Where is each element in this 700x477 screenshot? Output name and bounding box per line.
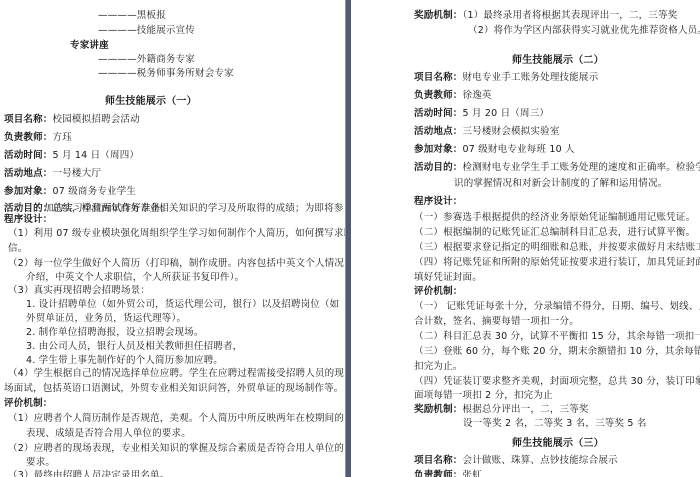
field-label: 活动时间： — [414, 108, 463, 119]
list-item: ————税务师事务所财会专家 — [98, 68, 234, 80]
field-row: 项目名称：财电专业手工账务处理技能展示 — [414, 72, 598, 84]
procedure-heading: 程序设计： — [414, 196, 463, 208]
document-page-left: ————黑板报 ————技能展示宣传 专家讲座 ————外籍商务专家 ————税… — [0, 0, 345, 477]
field-row: 参加对象：07 级财电专业每班 10 人 — [414, 144, 575, 156]
field-value: 校园模拟招聘会活动 — [53, 114, 140, 125]
procedure-line: 4. 学生带上事先制作好的个人简历参加应聘。 — [26, 355, 223, 367]
field-label: 项目名称： — [414, 455, 463, 466]
section-title: 师生技能展示（一） — [105, 96, 197, 108]
evaluation-heading: 评价机制： — [4, 398, 53, 410]
reward-label: 奖励机制： — [414, 404, 463, 415]
document-page-right: 奖励机制：（1）最终录用者将根据其表现评出一，二，三等奖 （2）将作为学区内部获… — [351, 0, 700, 477]
procedure-line: （3）真实再现招聘会招聘场景： — [8, 285, 150, 297]
field-row: 负责教师：徐逸英 — [414, 90, 492, 102]
evaluation-line: （1）应聘者个人简历制作是否规范，美观。个人简历中所反映两年在校期间的 — [8, 413, 344, 425]
list-item: ————技能展示宣传 — [98, 25, 195, 37]
procedure-line: 信。 — [8, 243, 27, 255]
field-label: 负责教师： — [414, 470, 463, 477]
procedure-line: （1）利用 07 级专业模块强化周组织学生学习如何制作个人简历，如何撰写求职 — [8, 228, 345, 240]
evaluation-heading: 评价机制： — [414, 286, 463, 298]
evaluation-line: （2）应聘者的现场表现，专业相关知识的掌握及综合素质是否符合用人单位的 — [8, 443, 344, 455]
reward-line: （2）将作为学区内部获得实习就业优先推荐资格人员。 — [468, 25, 700, 37]
list-item: ————外籍商务专家 — [98, 54, 195, 66]
field-value: 三号楼财会模拟实验室 — [463, 126, 560, 137]
field-label: 活动目的： — [414, 162, 463, 173]
field-value: 徐逸英 — [463, 90, 492, 101]
field-row: 活动时间：5 月 20 日（周三） — [414, 108, 549, 120]
reward-label: 奖励机制： — [414, 10, 463, 21]
field-value: 07 级财电专业每班 10 人 — [463, 144, 575, 155]
reward-line: 根据总分评出一，二，三等奖 — [463, 404, 589, 415]
reward-line: 设一等奖 2 名，二等奖 3 名，三等奖 5 名 — [463, 418, 647, 430]
procedure-line: 2. 制作单位招聘海报，设立招聘会现场。 — [26, 327, 204, 339]
field-label: 活动地点： — [414, 126, 463, 137]
evaluation-line: 面项每错一项扣 2 分，扣完为止 — [414, 390, 553, 402]
field-value: 5 月 20 日（周三） — [463, 108, 550, 119]
field-row: 参加对象：07 级商务专业学生 — [4, 186, 136, 198]
reward-line: （1）最终录用者将根据其表现评出一，二，三等奖 — [463, 10, 678, 21]
field-row: 活动地点：一号楼大厅 — [4, 168, 101, 180]
procedure-line: 3. 由公司人员，银行人员及相关教师担任招聘者， — [26, 341, 242, 353]
field-value: 张虹 — [463, 470, 482, 477]
field-row: 项目名称：会计做账、珠算、点钞技能综合展示 — [414, 455, 618, 467]
field-row: 活动时间：5 月 14 日（周四） — [4, 150, 139, 162]
procedure-line: （一）参赛选手根据提供的经济业务原始凭证编制通用记账凭证。 — [414, 212, 695, 224]
evaluation-line: （一） 记账凭证每张十分，分录编错不得分，日期、编号、划线、人民币符号、 — [414, 301, 700, 313]
field-value: 5 月 14 日（周四） — [53, 150, 140, 161]
procedure-line: （三）根据要求登记指定的明细账和总账，并按要求做好月末结账工作。 — [414, 242, 700, 254]
reward-row: 奖励机制：根据总分评出一，二，三等奖 — [414, 404, 589, 416]
evaluation-line: （3）最终由招聘人员决定录用名单。 — [8, 470, 169, 477]
field-label: 活动时间： — [4, 150, 53, 161]
reward-row: 奖励机制：（1）最终录用者将根据其表现评出一，二，三等奖 — [414, 10, 677, 22]
field-label: 参加对象： — [4, 186, 53, 197]
list-item: ————黑板报 — [98, 10, 166, 22]
procedure-line: （4）学生根据自己的情况选择单位应聘。学生在应聘过程需接受招聘人员的现 — [8, 368, 344, 380]
procedure-line: 外贸单证员，业务员，货运代理等）。 — [26, 313, 186, 325]
field-row: 活动目的：检测财电专业学生手工账务处理的速度和正确率。检验学生对专业知 — [414, 162, 700, 174]
procedure-heading: 程序设计： — [4, 214, 53, 226]
section-title: 师生技能展示（三） — [512, 438, 604, 450]
evaluation-line: 扣完为止。 — [414, 361, 463, 373]
evaluation-line: 要求。 — [26, 457, 55, 469]
field-row: 负责教师：张虹 — [414, 470, 482, 477]
field-label: 负责教师： — [4, 132, 53, 143]
field-value: 一号楼大厅 — [53, 168, 102, 179]
field-label: 活动地点： — [4, 168, 53, 179]
evaluation-line: 表现、成绩是否符合用人单位的要求。 — [26, 428, 191, 440]
section-title: 师生技能展示（二） — [512, 55, 604, 67]
field-row: 项目名称：校园模拟招聘会活动 — [4, 114, 140, 126]
evaluation-line: （三）登账 60 分，每个账 20 分，期末余额错扣 10 分，其余每错一项扣 … — [414, 346, 700, 358]
field-row: 负责教师：方珏 — [4, 132, 72, 144]
evaluation-line: 合计数，签名、摘要每错一项扣一分。 — [414, 316, 579, 328]
field-label: 参加对象： — [414, 144, 463, 155]
field-row: 活动地点：三号楼财会模拟实验室 — [414, 126, 560, 138]
field-value: 07 级商务专业学生 — [53, 186, 137, 197]
field-label: 负责教师： — [414, 90, 463, 101]
evaluation-line: （二）科目汇总表 30 分，试算不平衡扣 15 分，其余每错一项扣一分，扣完为止… — [414, 331, 700, 343]
procedure-line: （2）每一位学生做好个人简历（打印稿，制作成册。内容包括中英文个人情况 — [8, 258, 344, 270]
evaluation-line: （四）凭证装订要求整齐美观，封面项完整，总共 30 分，装订印象分 10 分，封 — [414, 376, 700, 388]
procedure-line: 场面试，包括英语口语测试，外贸专业相关知识问答，外贸单证的现场制作等。 — [4, 383, 344, 395]
field-value: 财电专业手工账务处理技能展示 — [463, 72, 599, 83]
field-value: 会计做账、珠算、点钞技能综合展示 — [463, 455, 618, 466]
procedure-line: 填好凭证封面。 — [414, 272, 482, 284]
procedure-line: 1. 设计招聘单位（如外贸公司，货运代理公司，银行）以及招聘岗位（如 — [26, 299, 339, 311]
field-label: 项目名称： — [414, 72, 463, 83]
field-value: 检测财电专业学生手工账务处理的速度和正确率。检验学生对专业知 — [463, 162, 700, 173]
list-heading: 专家讲座 — [70, 40, 109, 52]
procedure-line: （二）根据编制的记账凭证汇总编制科目汇总表，进行试算平衡。 — [414, 227, 695, 239]
procedure-line: （四）将记账凭证和所附的原始凭证按要求进行装订，加具凭证封面和包角纸， — [414, 257, 700, 269]
field-label: 项目名称： — [4, 114, 53, 125]
paragraph-cont: 识的掌握情况和对新会计制度的了解和运用情况。 — [454, 178, 667, 190]
field-value: 方珏 — [53, 132, 72, 143]
paragraph-cont: 加的实习单位面试作好准备。 — [44, 203, 170, 215]
procedure-line: 介绍，中英文个人求职信，个人所获证书复印件）。 — [26, 272, 244, 284]
